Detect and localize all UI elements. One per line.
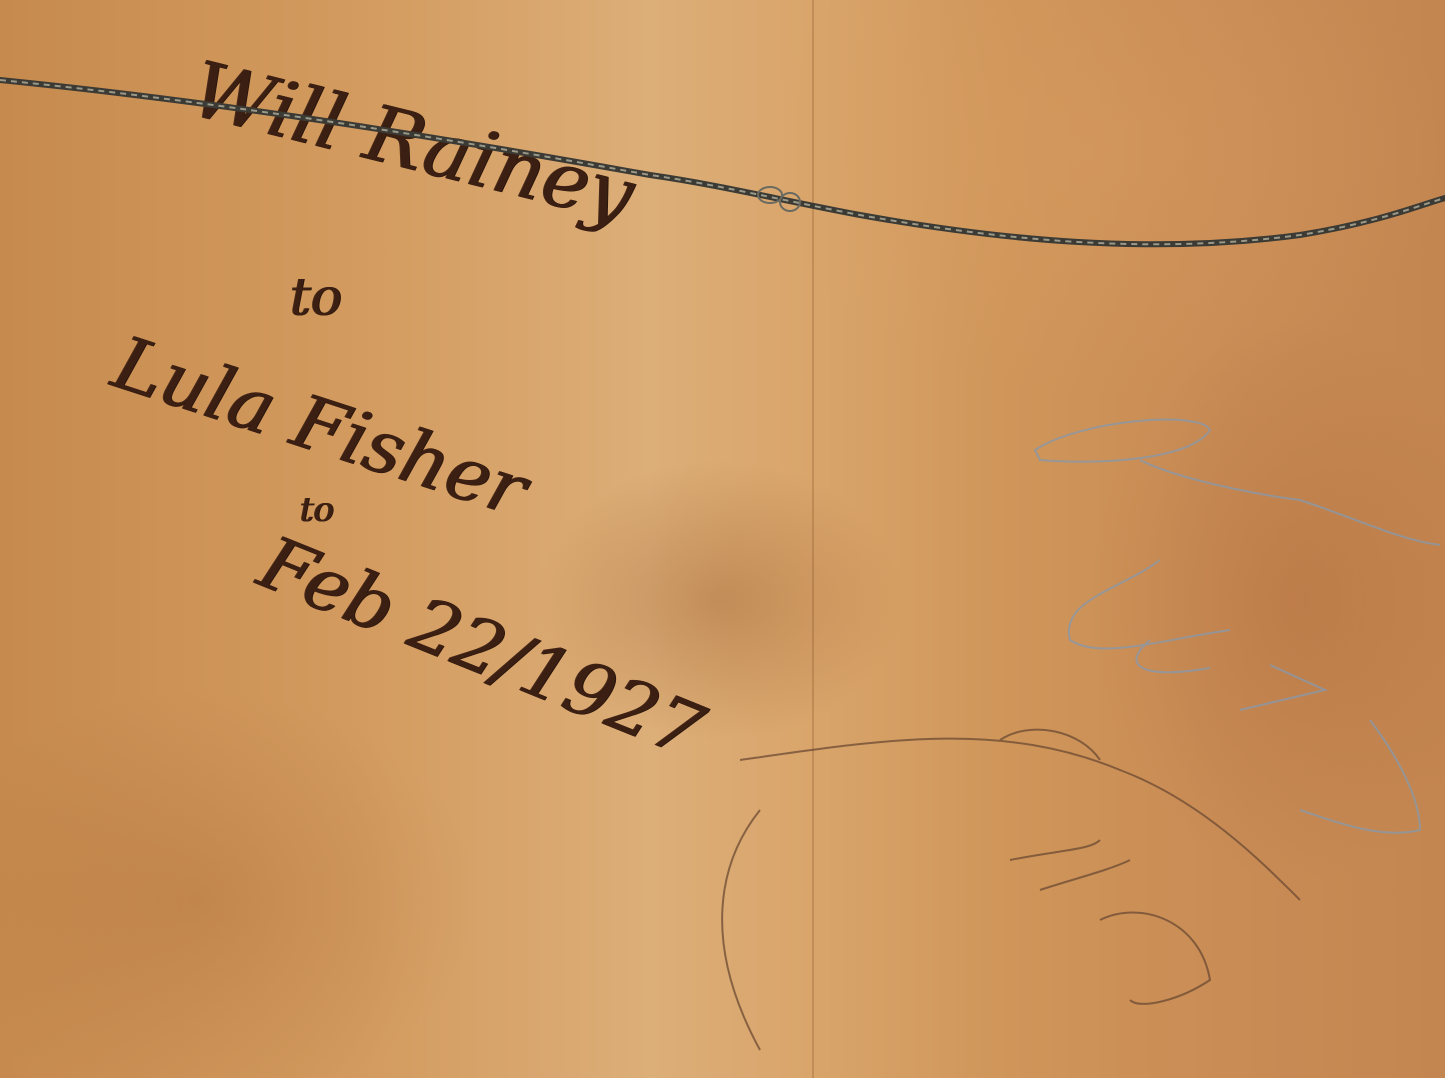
- hanging-wire: [0, 0, 1445, 1078]
